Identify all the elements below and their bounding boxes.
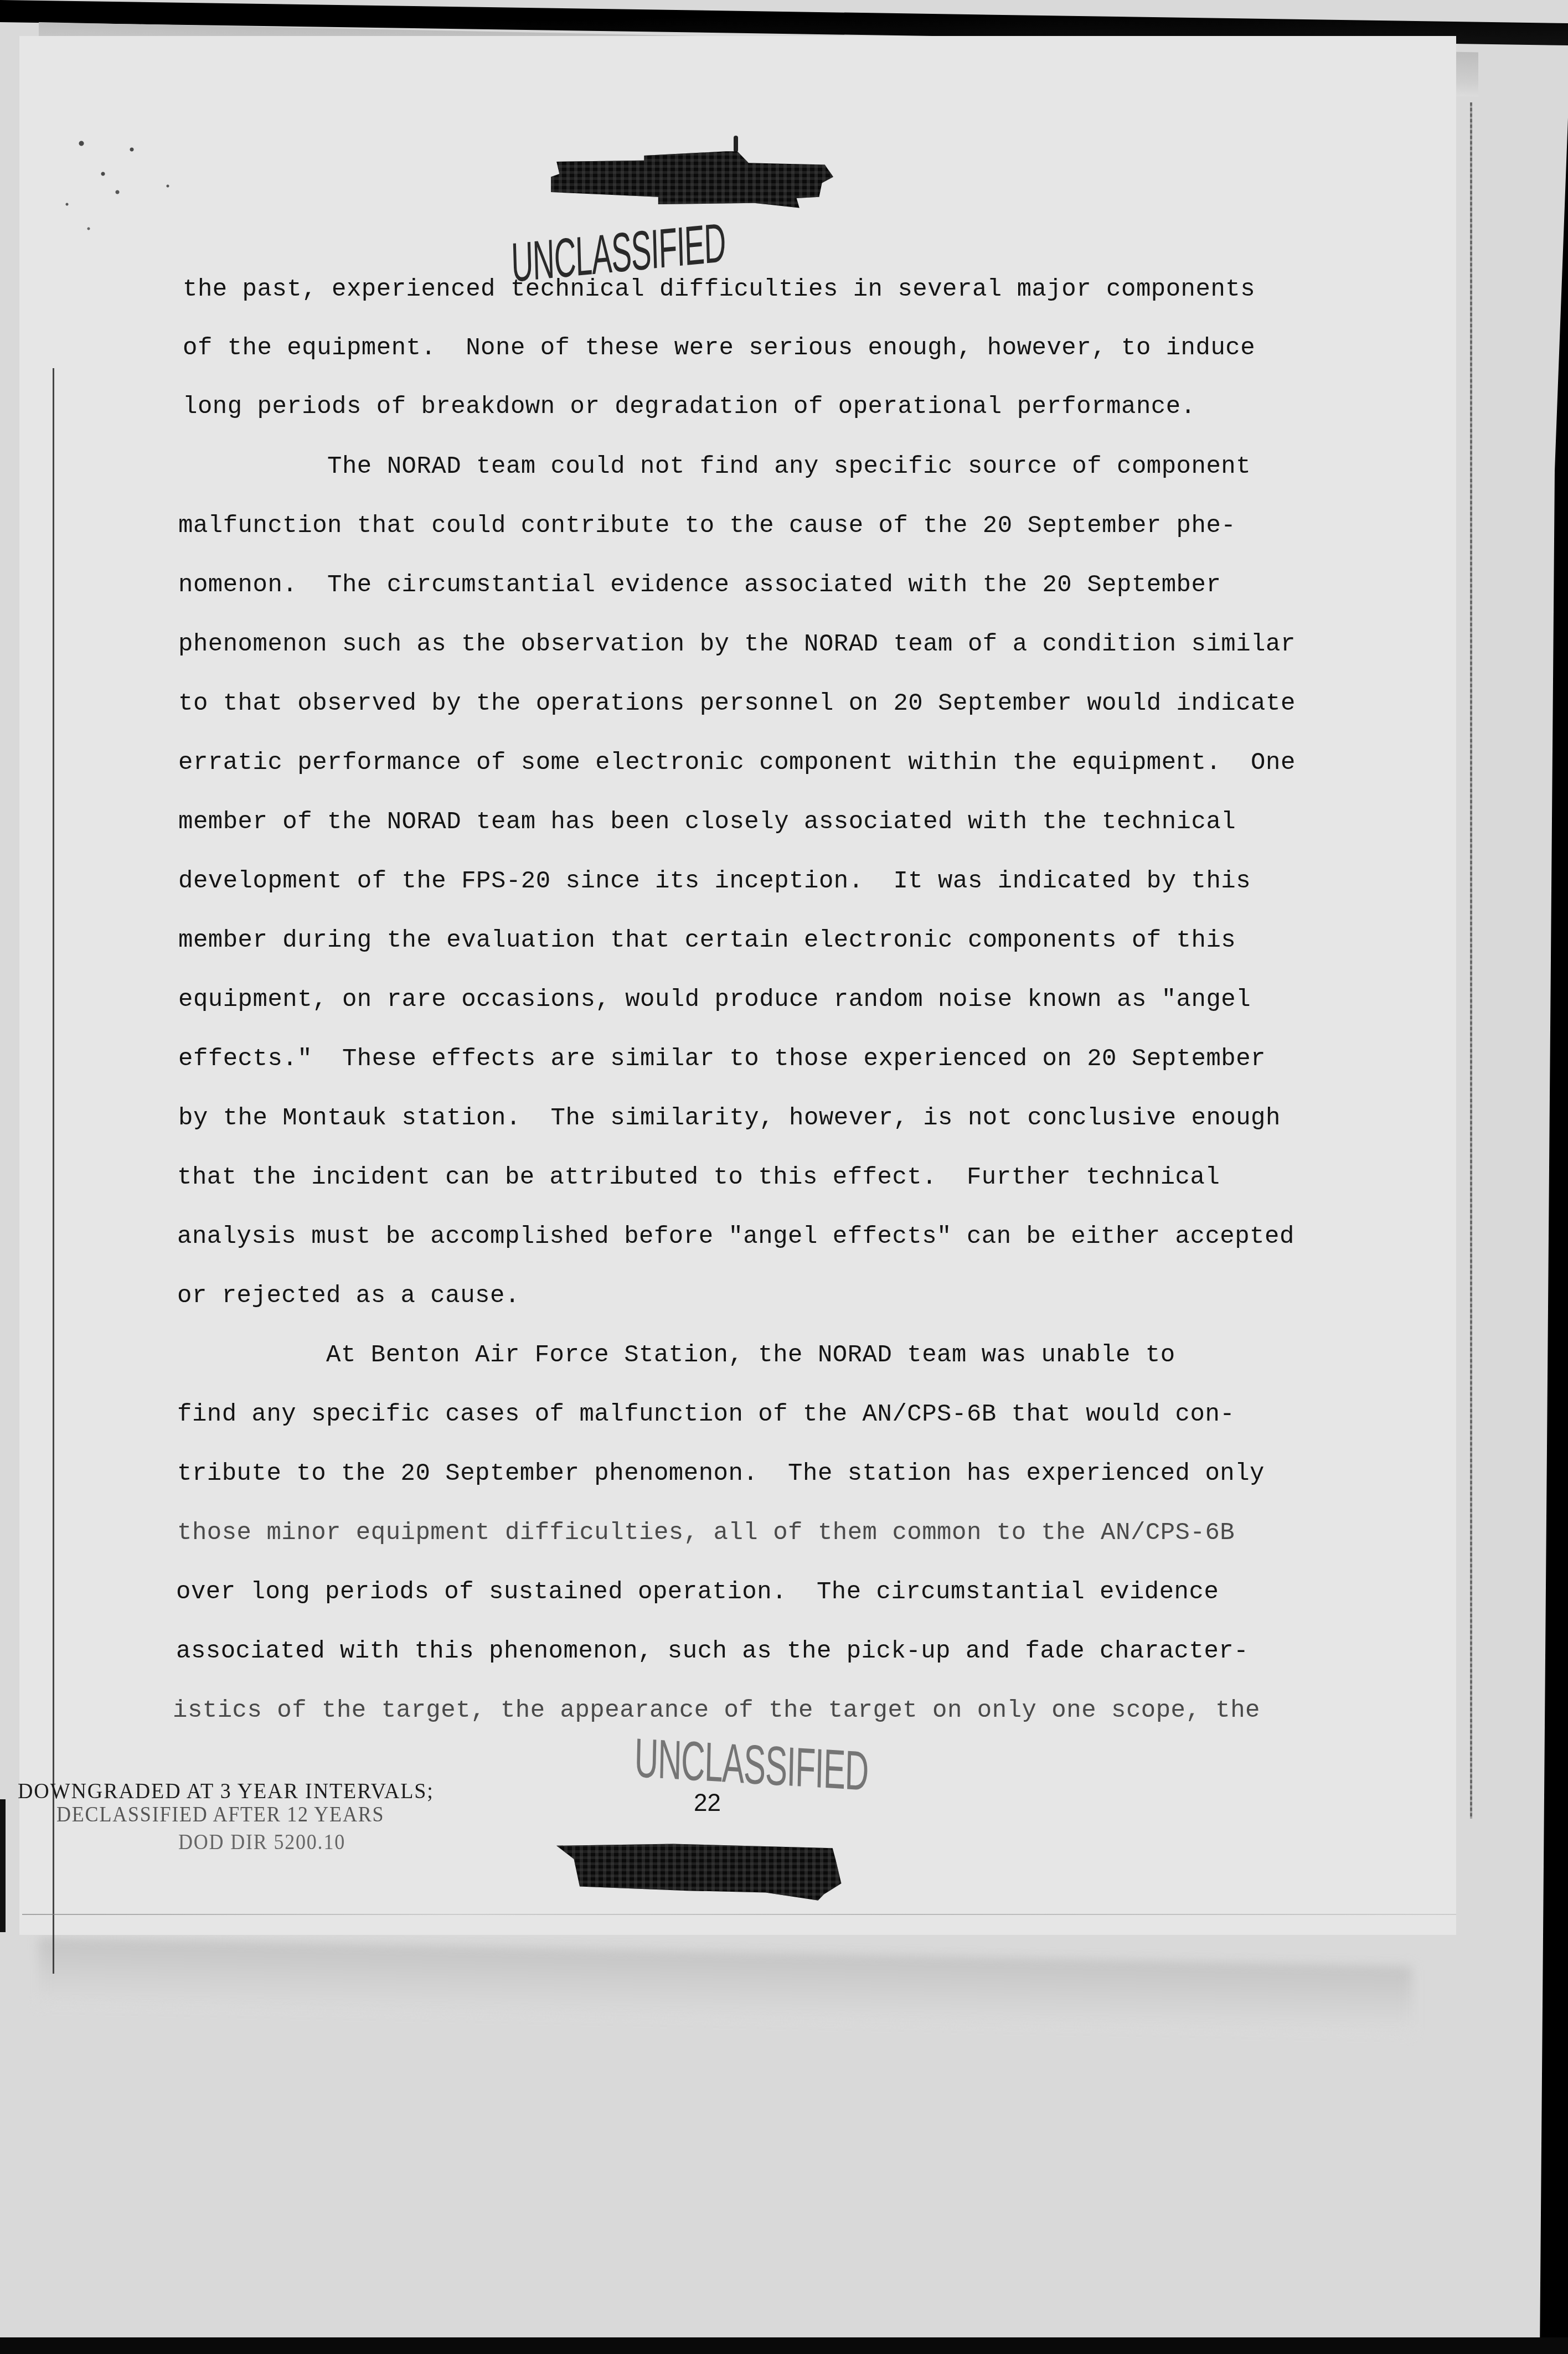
scanner-edge-left-mark (0, 1799, 6, 1932)
text-line: At Benton Air Force Station, the NORAD t… (177, 1341, 1175, 1369)
text-line: member of the NORAD team has been closel… (178, 808, 1236, 836)
page-shadow-bottom (39, 1938, 1412, 2033)
text-line: to that observed by the operations perso… (178, 690, 1296, 717)
text-line: effects." These effects are similar to t… (178, 1045, 1266, 1073)
scan-specks (53, 119, 197, 241)
text-line: of the equipment. None of these were ser… (183, 334, 1255, 362)
unclassified-stamp-bottom: UNCLASSIFIED (634, 1730, 869, 1799)
text-line: over long periods of sustained operation… (176, 1578, 1219, 1606)
text-line: find any specific cases of malfunction o… (177, 1401, 1235, 1428)
text-line: equipment, on rare occasions, would prod… (178, 986, 1251, 1014)
text-line: or rejected as a cause. (177, 1282, 520, 1310)
text-line: analysis must be accomplished before "an… (177, 1223, 1294, 1251)
scanner-edge-right (1535, 0, 1568, 2354)
classification-marking-bottom-text: SECRET (610, 1849, 794, 1893)
text-line: istics of the target, the appearance of … (173, 1697, 1260, 1725)
text-line: malfunction that could contribute to the… (178, 512, 1236, 540)
text-line: member during the evaluation that certai… (178, 927, 1236, 954)
downgrade-stamp-line-2: DECLASSIFIED AFTER 12 YEARS (56, 1803, 384, 1825)
text-line: nomenon. The circumstantial evidence ass… (178, 571, 1221, 599)
left-margin-line (53, 368, 54, 1974)
text-line: phenomenon such as the observation by th… (178, 631, 1296, 658)
downgrade-stamp-line-1: DOWNGRADED AT 3 YEAR INTERVALS; (18, 1780, 434, 1802)
scanner-edge-bottom (0, 2337, 1568, 2354)
page-bottom-edge (22, 1914, 1456, 1915)
scan-speck (734, 136, 738, 152)
text-line: erratic performance of some electronic c… (178, 749, 1296, 777)
text-line: that the incident can be attributed to t… (177, 1164, 1220, 1191)
text-line: the past, experienced technical difficul… (183, 276, 1255, 303)
downgrade-stamp-line-3: DOD DIR 5200.10 (178, 1831, 345, 1853)
classification-marking-top-text: SECRET (600, 158, 784, 202)
text-line: long periods of breakdown or degradation… (183, 393, 1196, 421)
text-line: associated with this phenomenon, such as… (176, 1638, 1249, 1665)
text-line: The NORAD team could not find any specif… (178, 453, 1251, 481)
text-line: those minor equipment difficulties, all … (177, 1519, 1235, 1547)
page-number: 22 (694, 1789, 721, 1817)
text-line: tribute to the 20 September phenomenon. … (177, 1460, 1265, 1488)
text-line: by the Montauk station. The similarity, … (178, 1104, 1281, 1132)
text-line: development of the FPS-20 since its ince… (178, 868, 1251, 895)
right-margin-line (1470, 102, 1472, 1819)
